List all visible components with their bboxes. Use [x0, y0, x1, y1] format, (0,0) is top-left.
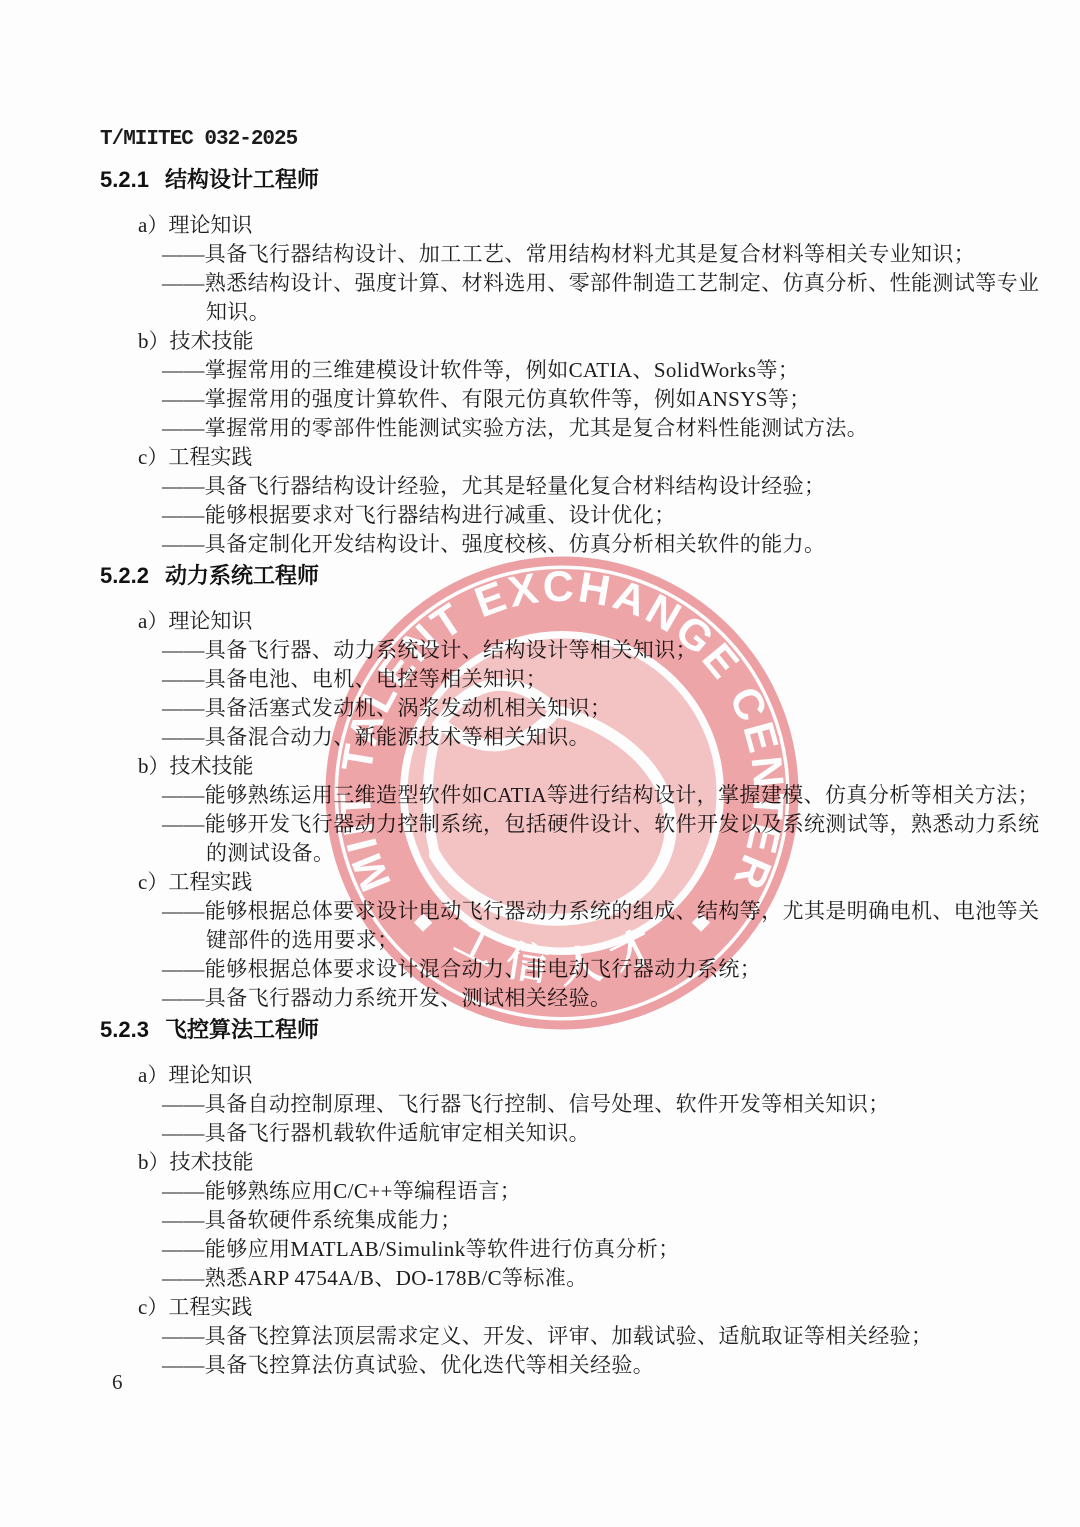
group-label: b）技术技能: [138, 1148, 972, 1177]
section-number: 5.2.3: [100, 1015, 149, 1045]
section-5.2.1: 5.2.1结构设计工程师a）理论知识——具备飞行器结构设计、加工工艺、常用结构材…: [100, 165, 972, 559]
section-title: 动力系统工程师: [165, 561, 319, 591]
list-item: ——能够根据总体要求设计电动飞行器动力系统的组成、结构等，尤其是明确电机、电池等…: [162, 897, 972, 926]
list-item: ——能够根据总体要求设计混合动力、非电动飞行器动力系统；: [162, 955, 972, 984]
list-item: ——具备电池、电机、电控等相关知识；: [162, 665, 972, 694]
list-item: ——具备自动控制原理、飞行器飞行控制、信号处理、软件开发等相关知识；: [162, 1090, 972, 1119]
document-body: 5.2.1结构设计工程师a）理论知识——具备飞行器结构设计、加工工艺、常用结构材…: [100, 165, 972, 1380]
list-item: ——熟悉ARP 4754A/B、DO-178B/C等标准。: [162, 1264, 972, 1293]
list-item: ——具备混合动力、新能源技术等相关知识。: [162, 723, 972, 752]
section-heading: 5.2.1结构设计工程师: [100, 165, 972, 195]
section-heading: 5.2.2动力系统工程师: [100, 561, 972, 591]
group-label: c）工程实践: [138, 443, 972, 472]
list-item: ——具备飞行器、动力系统设计、结构设计等相关知识；: [162, 636, 972, 665]
list-item: ——能够应用MATLAB/Simulink等软件进行仿真分析；: [162, 1235, 972, 1264]
list-item: ——具备活塞式发动机、涡浆发动机相关知识；: [162, 694, 972, 723]
section-title: 飞控算法工程师: [165, 1015, 319, 1045]
list-item: ——具备飞行器结构设计、加工工艺、常用结构材料尤其是复合材料等相关专业知识；: [162, 240, 972, 269]
document-page: T/MIITEC 032-2025 5.2.1结构设计工程师a）理论知识——具备…: [0, 0, 1080, 1527]
section-heading: 5.2.3飞控算法工程师: [100, 1015, 972, 1045]
list-item: ——掌握常用的三维建模设计软件等，例如CATIA、SolidWorks等；: [162, 356, 972, 385]
list-item: ——掌握常用的强度计算软件、有限元仿真软件等，例如ANSYS等；: [162, 385, 972, 414]
section-5.2.2: 5.2.2动力系统工程师a）理论知识——具备飞行器、动力系统设计、结构设计等相关…: [100, 561, 972, 1013]
list-item: ——能够开发飞行器动力控制系统，包括硬件设计、软件开发以及系统测试等，熟悉动力系…: [162, 810, 972, 839]
document-code-header: T/MIITEC 032-2025: [100, 128, 297, 151]
group-label: c）工程实践: [138, 1293, 972, 1322]
list-item: ——能够根据要求对飞行器结构进行减重、设计优化；: [162, 501, 972, 530]
list-item: ——具备飞控算法顶层需求定义、开发、评审、加载试验、适航取证等相关经验；: [162, 1322, 972, 1351]
group-label: a）理论知识: [138, 1061, 972, 1090]
section-number: 5.2.2: [100, 561, 149, 591]
section-number: 5.2.1: [100, 165, 149, 195]
list-item: ——具备飞行器动力系统开发、测试相关经验。: [162, 984, 972, 1013]
group-label: c）工程实践: [138, 868, 972, 897]
list-item-continuation: 知识。: [206, 298, 972, 327]
list-item: ——能够熟练运用三维造型软件如CATIA等进行结构设计，掌握建模、仿真分析等相关…: [162, 781, 972, 810]
section-5.2.3: 5.2.3飞控算法工程师a）理论知识——具备自动控制原理、飞行器飞行控制、信号处…: [100, 1015, 972, 1380]
list-item: ——掌握常用的零部件性能测试实验方法，尤其是复合材料性能测试方法。: [162, 414, 972, 443]
list-item: ——具备软硬件系统集成能力；: [162, 1206, 972, 1235]
list-item: ——能够熟练应用C/C++等编程语言；: [162, 1177, 972, 1206]
list-item-continuation: 的测试设备。: [206, 839, 972, 868]
group-label: b）技术技能: [138, 752, 972, 781]
list-item: ——具备飞行器结构设计经验，尤其是轻量化复合材料结构设计经验；: [162, 472, 972, 501]
list-item: ——具备飞行器机载软件适航审定相关知识。: [162, 1119, 972, 1148]
page-number: 6: [112, 1370, 123, 1395]
group-label: b）技术技能: [138, 327, 972, 356]
list-item-continuation: 键部件的选用要求；: [206, 926, 972, 955]
list-item: ——具备飞控算法仿真试验、优化迭代等相关经验。: [162, 1351, 972, 1380]
group-label: a）理论知识: [138, 211, 972, 240]
section-title: 结构设计工程师: [165, 165, 319, 195]
list-item: ——熟悉结构设计、强度计算、材料选用、零部件制造工艺制定、仿真分析、性能测试等专…: [162, 269, 972, 298]
list-item: ——具备定制化开发结构设计、强度校核、仿真分析相关软件的能力。: [162, 530, 972, 559]
group-label: a）理论知识: [138, 607, 972, 636]
